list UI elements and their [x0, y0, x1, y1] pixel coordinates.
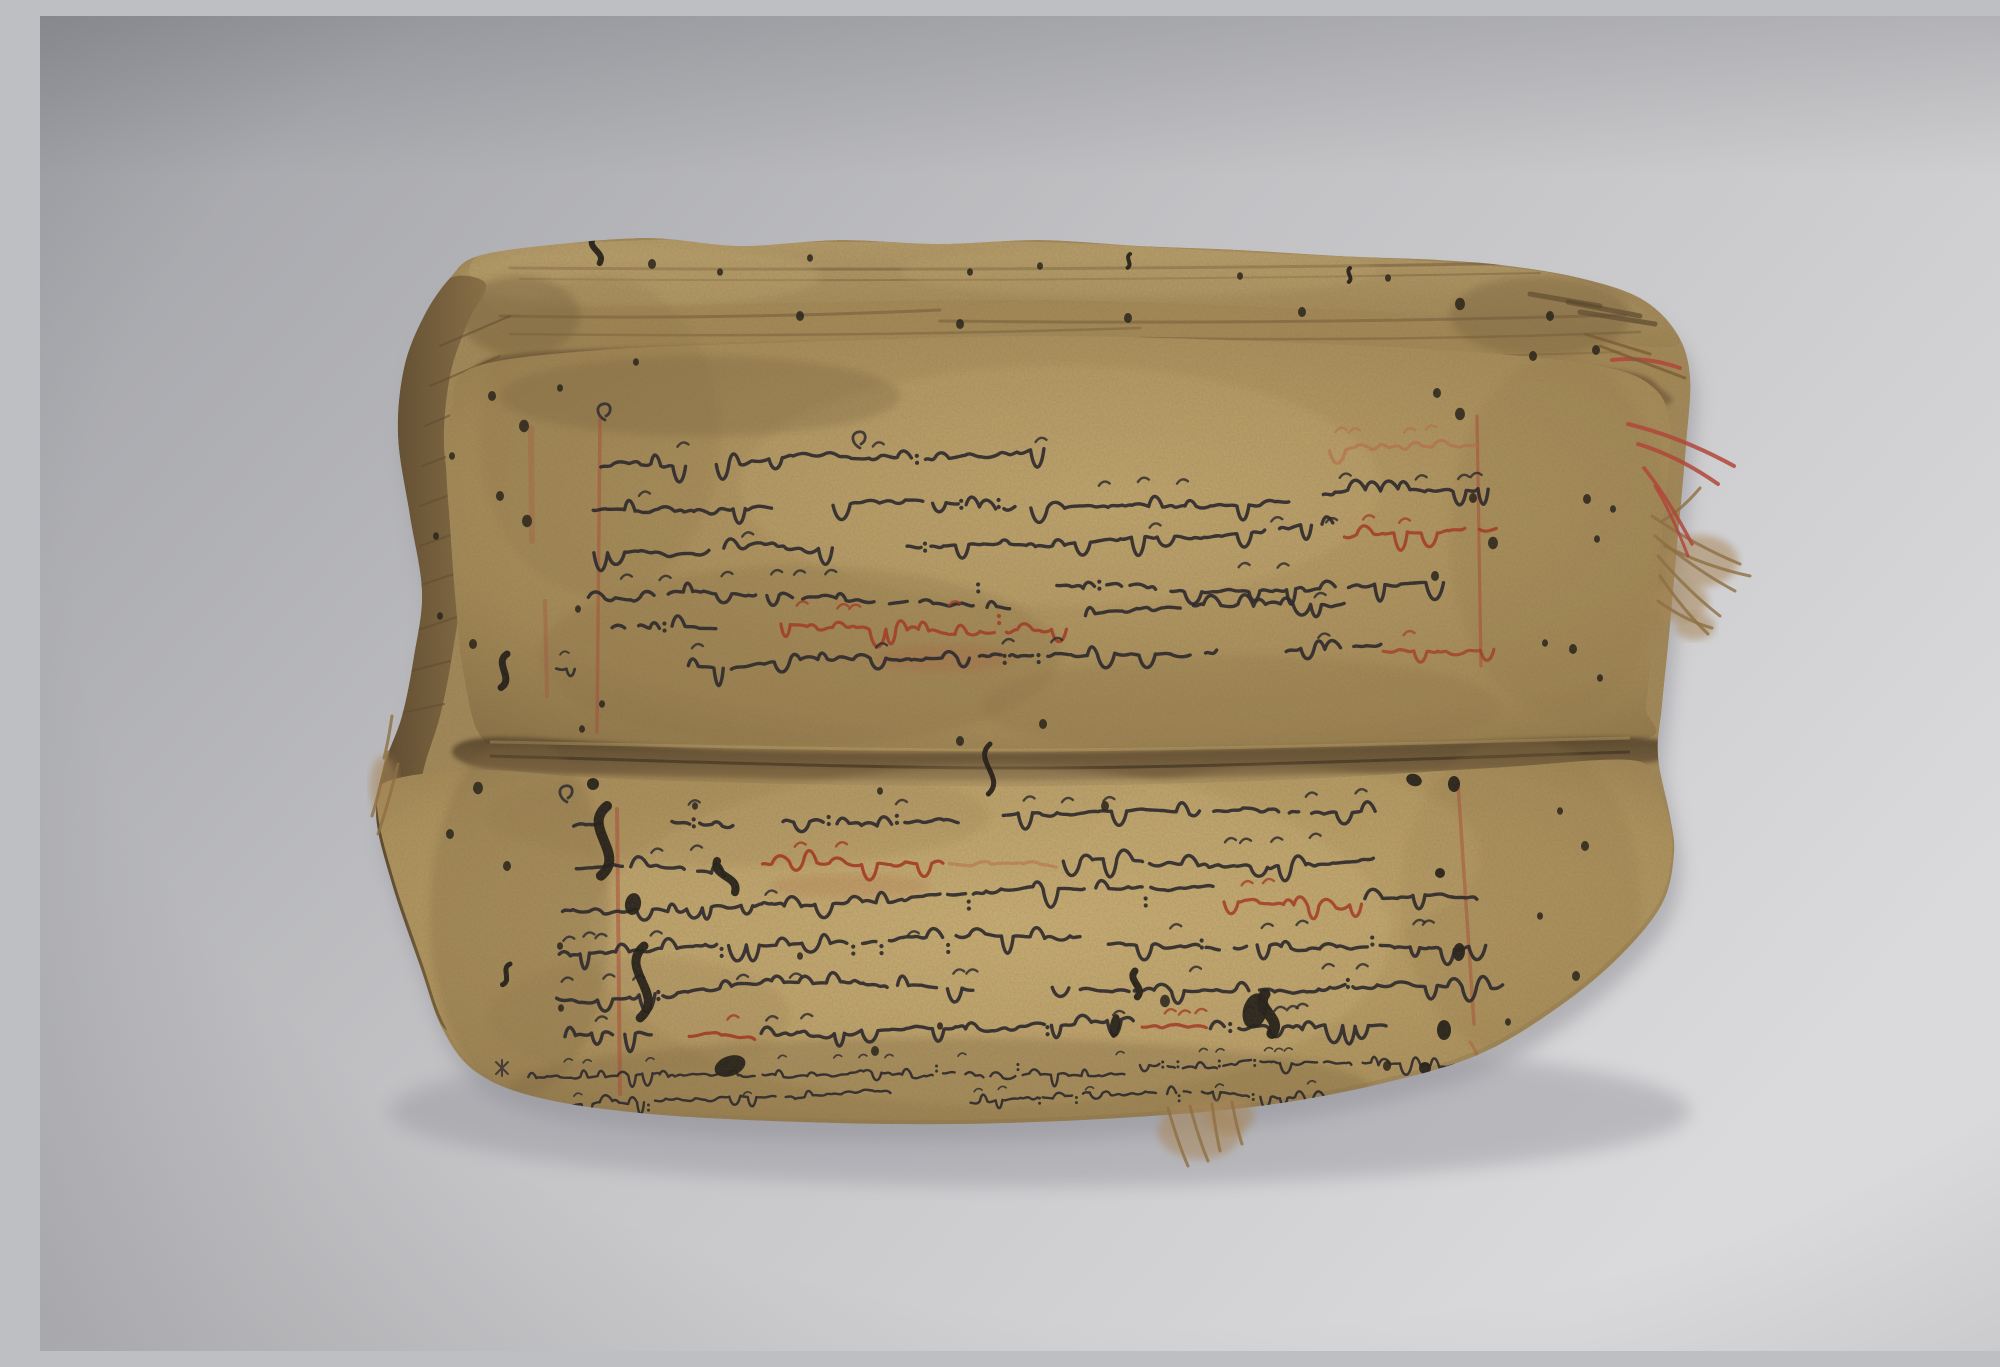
photo-vignette [40, 16, 2000, 1351]
manuscript-photo [40, 16, 2000, 1351]
photo-canvas [40, 16, 2000, 1351]
